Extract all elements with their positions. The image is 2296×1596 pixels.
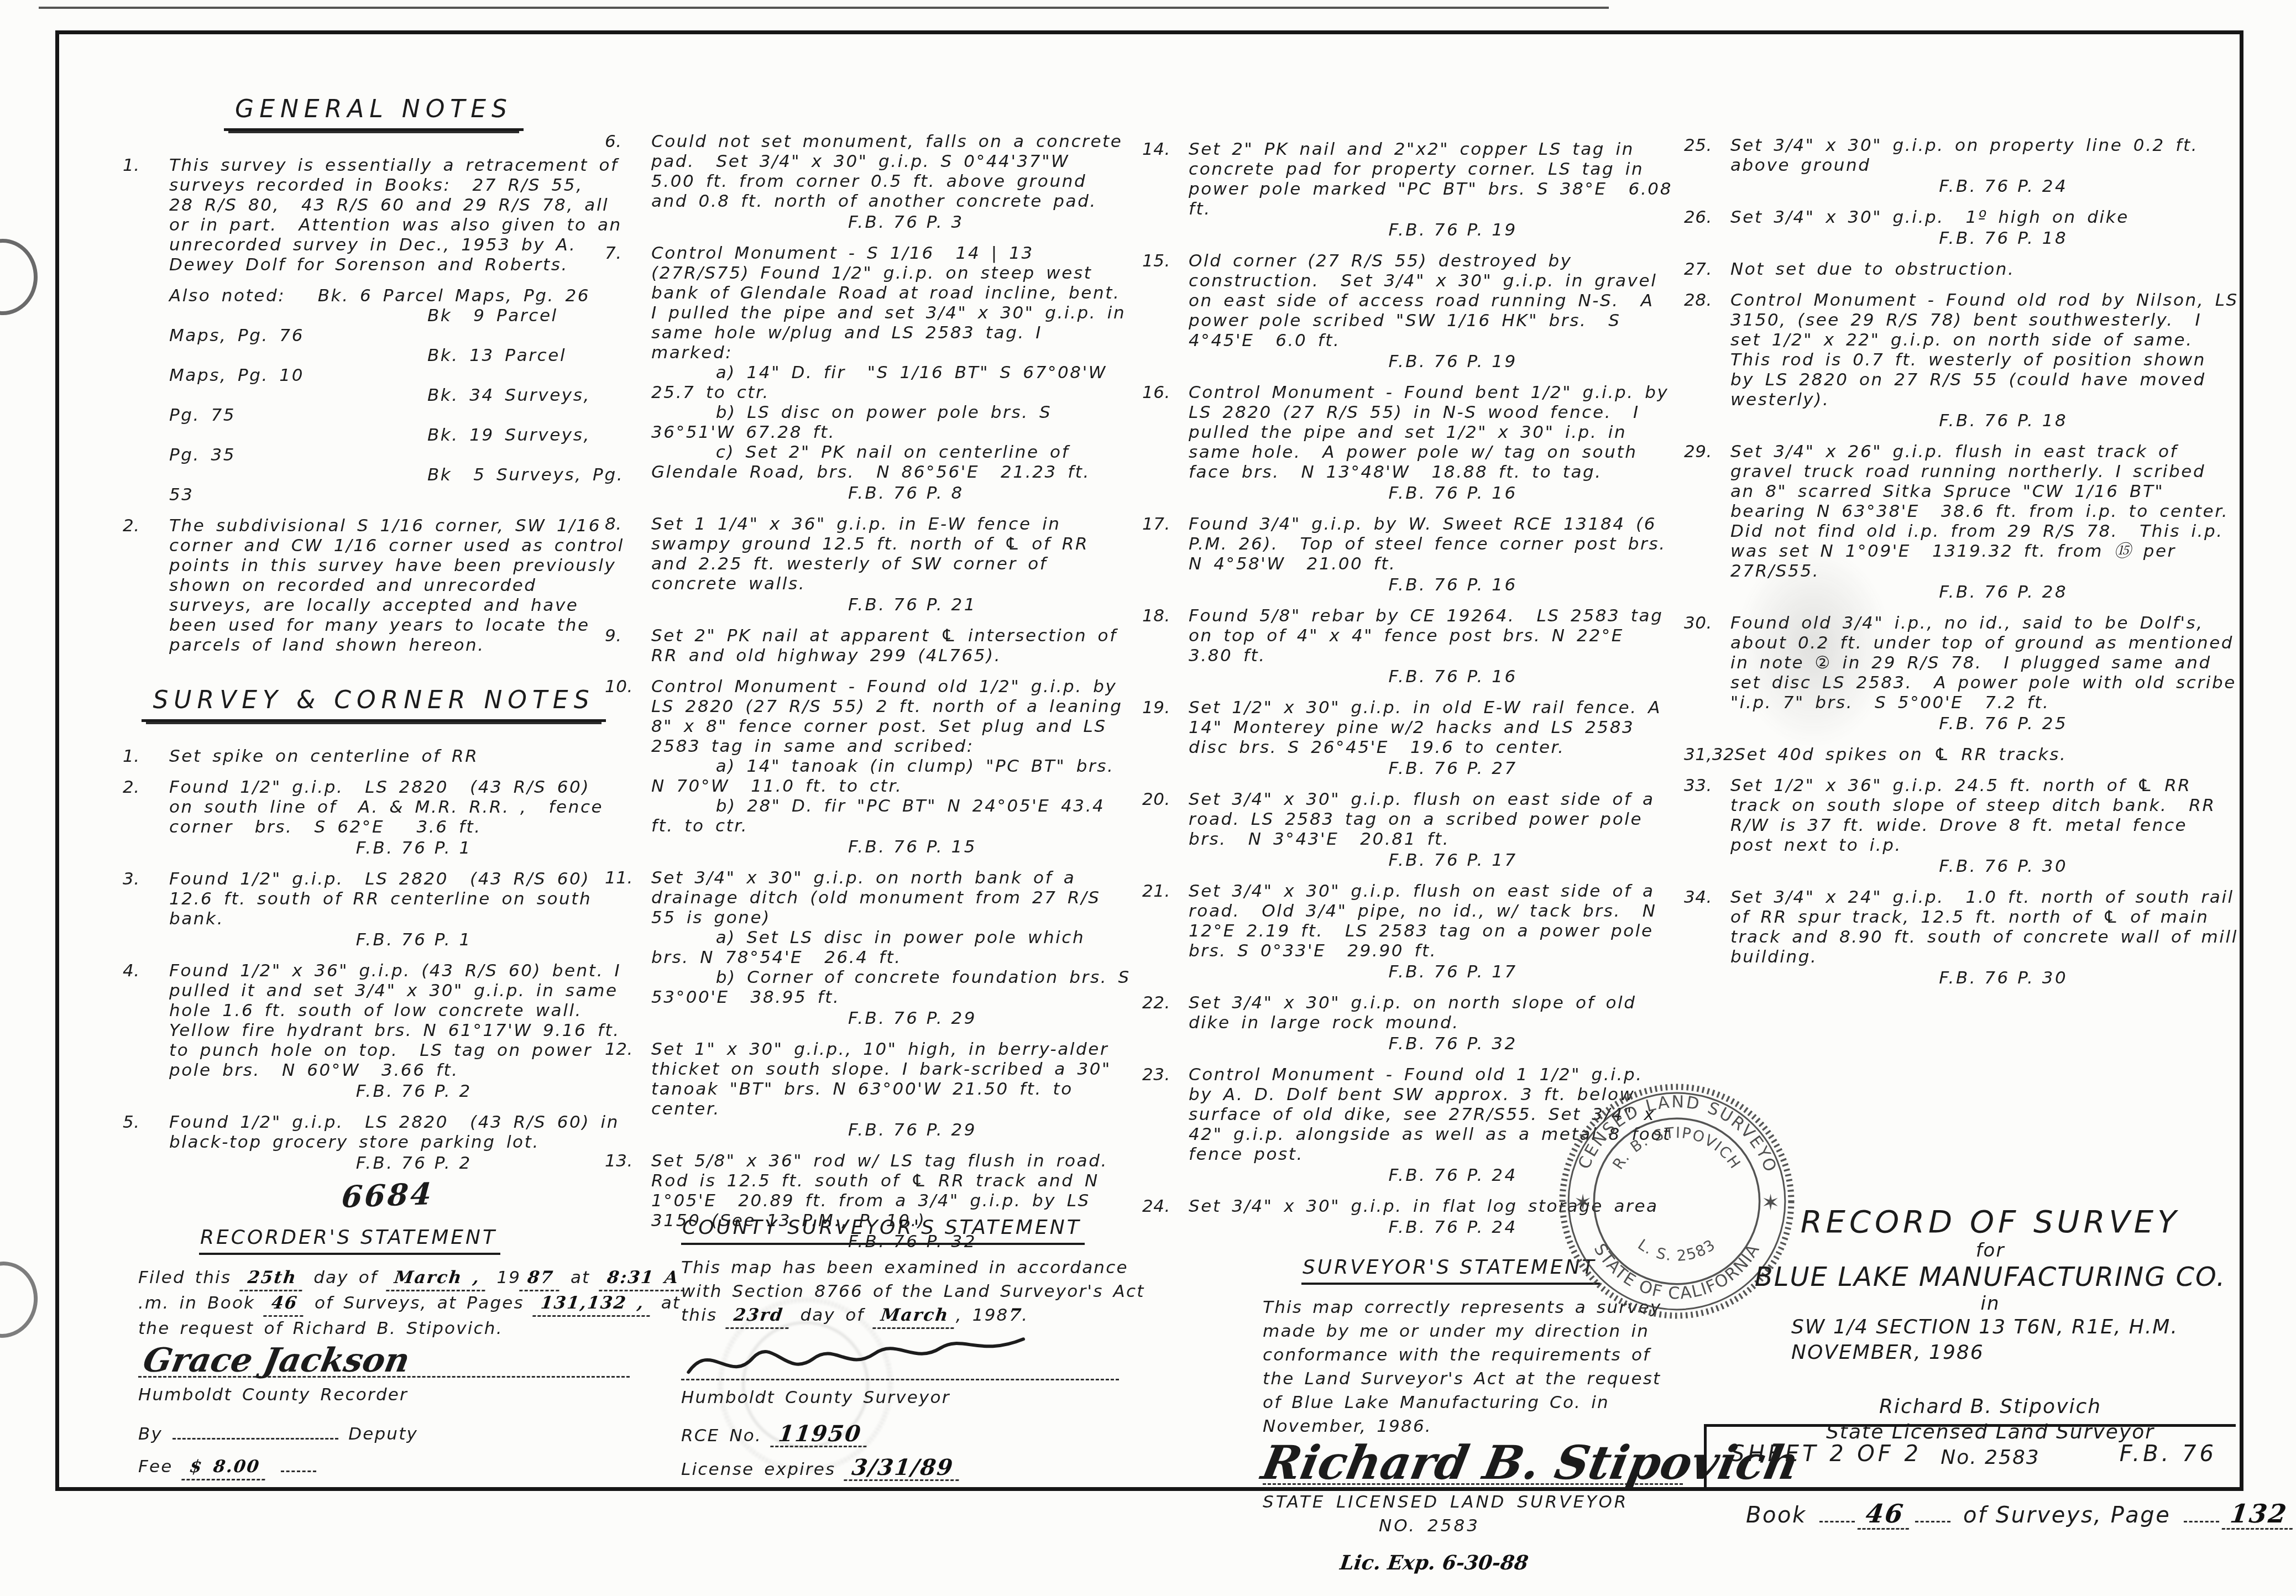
- fieldbook-ref: F.B. 76 P. 32: [1189, 1034, 1676, 1054]
- exam-year: 7: [1007, 1304, 1023, 1327]
- fieldbook-ref: F.B. 76 P. 29: [651, 1008, 1131, 1028]
- note-body: Set 3/4" x 30" g.i.p. on north slope of …: [1189, 993, 1676, 1033]
- fieldbook-ref: F.B. 76 P. 2: [169, 1081, 625, 1101]
- note-number: 8.: [605, 514, 651, 615]
- surveyor-license-line2: NO. 2583: [1379, 1514, 1805, 1538]
- exam-month: March: [873, 1304, 958, 1329]
- survey-note: 27. Not set due to obstruction.: [1684, 259, 2239, 279]
- fieldbook-ref: F.B. 76 P. 18: [1730, 228, 2239, 248]
- survey-note: 17. Found 3/4" g.i.p. by W. Sweet RCE 13…: [1142, 514, 1676, 595]
- recorders-statement-body: Filed this 25th day of March , 1987 at 8…: [138, 1266, 697, 1341]
- note-body: Control Monument - S 1/16 14 | 13 (27R/S…: [651, 243, 1131, 482]
- document-number: 6684: [341, 1176, 435, 1215]
- survey-note: 18. Found 5/8" rebar by CE 19264. LS 258…: [1142, 606, 1676, 687]
- note-body: Set 1/2" x 30" g.i.p. in old E-W rail fe…: [1189, 698, 1676, 757]
- survey-note: 9. Set 2" PK nail at apparent ℄ intersec…: [605, 626, 1131, 666]
- by-label: By: [138, 1424, 163, 1444]
- note-body: Also noted: Bk. 6 Parcel Maps, Pg. 26 Bk…: [169, 286, 625, 505]
- note-body: Set 1 1/4" x 36" g.i.p. in E-W fence in …: [651, 514, 1131, 594]
- fieldbook-label: F.B. 76: [2120, 1438, 2217, 1469]
- fieldbook-ref: F.B. 76 P. 1: [169, 838, 625, 858]
- general-note: 1. This survey is essentially a retracem…: [123, 155, 625, 275]
- note-number: 2.: [123, 516, 169, 655]
- note-number: [123, 286, 169, 505]
- note-body: Set 40d spikes on ℄ RR tracks.: [1734, 745, 2239, 765]
- survey-note: 34. Set 3/4" x 24" g.i.p. 1.0 ft. north …: [1684, 887, 2239, 988]
- blank-dashes: [281, 1454, 316, 1472]
- survey-note: 8. Set 1 1/4" x 36" g.i.p. in E-W fence …: [605, 514, 1131, 615]
- county-statement-title: COUNTY SURVEYOR'S STATEMENT: [681, 1216, 1085, 1245]
- column-general-notes: GENERAL NOTES 1. This survey is essentia…: [123, 95, 625, 1184]
- blank-dashes: [1819, 1504, 1855, 1522]
- svg-text:R. B. STIPOVICH: R. B. STIPOVICH: [1609, 1124, 1744, 1173]
- general-notes-list: 1. This survey is essentially a retracem…: [123, 155, 625, 655]
- note-number: 2.: [123, 777, 169, 858]
- note-body: Found 1/2" g.i.p. LS 2820 (43 R/S 60) in…: [169, 1112, 625, 1152]
- survey-notes-list-1: 1. Set spike on centerline of RR 2. Foun…: [123, 746, 625, 1173]
- typed-text: .m. in Book: [138, 1293, 255, 1313]
- survey-note: 11. Set 3/4" x 30" g.i.p. on north bank …: [605, 868, 1131, 1028]
- note-number: 34.: [1684, 887, 1730, 988]
- fieldbook-ref: F.B. 76 P. 30: [1730, 856, 2239, 876]
- book-number: 46: [263, 1291, 306, 1317]
- fieldbook-ref: F.B. 76 P. 29: [651, 1120, 1131, 1140]
- survey-note: 15. Old corner (27 R/S 55) destroyed by …: [1142, 251, 1676, 371]
- note-number: 9.: [605, 626, 651, 666]
- filed-year: 87: [519, 1266, 562, 1291]
- county-surveyor-signature: [681, 1329, 1179, 1377]
- column-notes-25-34: 25. Set 3/4" x 30" g.i.p. on property li…: [1684, 135, 2239, 999]
- survey-note: 30. Found old 3/4" i.p., no id., said to…: [1684, 613, 2239, 734]
- blank-line: [172, 1421, 338, 1440]
- title-record-of-survey: RECORD OF SURVEY: [1730, 1205, 2250, 1239]
- fieldbook-ref: F.B. 76 P. 27: [1189, 758, 1676, 778]
- fieldbook-ref: F.B. 76 P. 21: [651, 595, 1131, 615]
- punch-mark: [0, 239, 38, 315]
- note-body: The subdivisional S 1/16 corner, SW 1/16…: [169, 516, 625, 655]
- blank-dashes: [1915, 1504, 1950, 1522]
- sheet-label: SHEET 2 OF 2: [1730, 1438, 1922, 1469]
- book-label: Book: [1746, 1503, 1807, 1528]
- note-number: 18.: [1142, 606, 1189, 687]
- title-client: BLUE LAKE MANUFACTURING CO.: [1730, 1262, 2250, 1293]
- book-number: 46: [1857, 1499, 1912, 1530]
- title-surveyor-name: Richard B. Stipovich: [1730, 1394, 2250, 1420]
- note-number: 7.: [605, 243, 651, 503]
- note-body: Set 3/4" x 24" g.i.p. 1.0 ft. north of s…: [1730, 887, 2239, 967]
- note-number: 1.: [123, 746, 169, 766]
- note-body: Set 2" PK nail at apparent ℄ intersectio…: [651, 626, 1131, 666]
- exam-day: 23rd: [726, 1304, 792, 1329]
- note-number: 5.: [123, 1112, 169, 1173]
- recorder-title-line: Humboldt County Recorder: [138, 1383, 697, 1407]
- note-body: Set 3/4" x 30" g.i.p. on property line 0…: [1730, 135, 2239, 175]
- fieldbook-ref: F.B. 76 P. 2: [169, 1153, 625, 1173]
- note-body: Control Monument - Found old 1/2" g.i.p.…: [651, 677, 1131, 836]
- note-number: 29.: [1684, 442, 1730, 602]
- note-number: 15.: [1142, 251, 1189, 371]
- page-number: 132: [2221, 1499, 2295, 1530]
- survey-note: 21. Set 3/4" x 30" g.i.p. flush on east …: [1142, 881, 1676, 982]
- note-body: Found 1/2" g.i.p. LS 2820 (43 R/S 60) on…: [169, 777, 625, 837]
- note-body: Found 1/2" x 36" g.i.p. (43 R/S 60) bent…: [169, 961, 625, 1080]
- recorders-statement-title: RECORDER'S STATEMENT: [199, 1226, 500, 1255]
- filed-month: March ,: [386, 1266, 488, 1291]
- survey-note: 33. Set 1/2" x 36" g.i.p. 24.5 ft. north…: [1684, 776, 2239, 876]
- survey-note: 16. Control Monument - Found bent 1/2" g…: [1142, 383, 1676, 503]
- note-body: Found old 3/4" i.p., no id., said to be …: [1730, 613, 2239, 713]
- note-number: 4.: [123, 961, 169, 1101]
- deputy-label: Deputy: [348, 1424, 418, 1444]
- note-number: 14.: [1142, 139, 1189, 240]
- survey-note: 12. Set 1" x 30" g.i.p., 10" high, in be…: [605, 1039, 1131, 1140]
- seal-name: R. B. STIPOVICH: [1609, 1124, 1744, 1173]
- survey-note: 22. Set 3/4" x 30" g.i.p. on north slope…: [1142, 993, 1676, 1054]
- fieldbook-ref: F.B. 76 P. 28: [1730, 582, 2239, 602]
- survey-note: 19. Set 1/2" x 30" g.i.p. in old E-W rai…: [1142, 698, 1676, 778]
- note-number: 10.: [605, 677, 651, 857]
- typed-text: 19: [496, 1268, 521, 1288]
- survey-note: 3. Found 1/2" g.i.p. LS 2820 (43 R/S 60)…: [123, 869, 625, 950]
- note-number: 31,32: [1684, 745, 1734, 765]
- fieldbook-ref: F.B. 76 P. 24: [1730, 176, 2239, 196]
- general-notes-title: GENERAL NOTES: [224, 95, 524, 131]
- general-note: Also noted: Bk. 6 Parcel Maps, Pg. 26 Bk…: [123, 286, 625, 505]
- fee-label: Fee: [138, 1457, 173, 1477]
- note-body: This survey is essentially a retracement…: [169, 155, 625, 275]
- note-number: 12.: [605, 1039, 651, 1140]
- typed-text: day of: [313, 1268, 378, 1288]
- note-number: 25.: [1684, 135, 1730, 196]
- book-page-line: Book 46 of Surveys, Page 132: [1746, 1499, 2296, 1530]
- county-statement-body: This map has been examined in accordance…: [681, 1256, 1179, 1329]
- surveyor-license-line1: STATE LICENSED LAND SURVEYOR: [1263, 1490, 1805, 1514]
- survey-note: 29. Set 3/4" x 26" g.i.p. flush in east …: [1684, 442, 2239, 602]
- title-for: for: [1730, 1239, 2250, 1262]
- survey-note: 6. Could not set monument, falls on a co…: [605, 132, 1131, 232]
- note-body: Set spike on centerline of RR: [169, 746, 625, 766]
- survey-note: 2. Found 1/2" g.i.p. LS 2820 (43 R/S 60)…: [123, 777, 625, 858]
- note-number: 11.: [605, 868, 651, 1028]
- title-strip-rule: [1704, 1424, 2236, 1427]
- note-number: 17.: [1142, 514, 1189, 595]
- note-number: 16.: [1142, 383, 1189, 503]
- note-body: Set 1/2" x 36" g.i.p. 24.5 ft. north of …: [1730, 776, 2239, 855]
- fieldbook-ref: F.B. 76 P. 16: [1189, 483, 1676, 503]
- filed-time: 8:31 A: [599, 1266, 687, 1291]
- surveyor-signature: Richard B. Stipovich: [1258, 1441, 1803, 1485]
- recorder-signature: Grace Jackson: [140, 1344, 412, 1377]
- fee-line: Fee $ 8.00: [138, 1454, 697, 1480]
- sheet-strip: SHEET 2 OF 2 F.B. 76: [1730, 1438, 2217, 1469]
- note-body: Found 1/2" g.i.p. LS 2820 (43 R/S 60) 12…: [169, 869, 625, 929]
- survey-note: 28. Control Monument - Found old rod by …: [1684, 290, 2239, 431]
- record-of-survey-sheet: { "document": { "doc_number": "6684", "s…: [0, 0, 2296, 1596]
- note-number: 1.: [123, 155, 169, 275]
- note-body: Old corner (27 R/S 55) destroyed by cons…: [1189, 251, 1676, 350]
- surveyor-lic-exp: Lic. Exp. 6-30-88: [1338, 1551, 1529, 1574]
- survey-note: 14. Set 2" PK nail and 2"x2" copper LS t…: [1142, 139, 1676, 240]
- note-body: Set 3/4" x 30" g.i.p. flush on east side…: [1189, 881, 1676, 961]
- recorders-statement: RECORDER'S STATEMENT Filed this 25th day…: [138, 1226, 697, 1480]
- title-in: in: [1730, 1293, 2250, 1315]
- fee-amount: $ 8.00: [181, 1455, 268, 1480]
- note-number: 3.: [123, 869, 169, 950]
- column-notes-6-13: 6. Could not set monument, falls on a co…: [605, 132, 1131, 1263]
- note-body: Set 1" x 30" g.i.p., 10" high, in berry-…: [651, 1039, 1131, 1119]
- note-body: Could not set monument, falls on a concr…: [651, 132, 1131, 211]
- svg-text:L. S. 2583: L. S. 2583: [1635, 1236, 1719, 1265]
- license-date: 3/31/89: [844, 1456, 962, 1481]
- typed-text: at: [571, 1268, 590, 1288]
- typed-text: of Surveys, at Pages: [315, 1293, 524, 1313]
- note-number: 21.: [1142, 881, 1189, 982]
- general-note: 2. The subdivisional S 1/16 corner, SW 1…: [123, 516, 625, 655]
- fieldbook-ref: F.B. 76 P. 16: [1189, 667, 1676, 687]
- note-number: 28.: [1684, 290, 1730, 431]
- note-body: Set 2" PK nail and 2"x2" copper LS tag i…: [1189, 139, 1676, 219]
- county-surveyors-statement: COUNTY SURVEYOR'S STATEMENT This map has…: [681, 1216, 1179, 1482]
- survey-note: 25. Set 3/4" x 30" g.i.p. on property li…: [1684, 135, 2239, 196]
- survey-note: 26. Set 3/4" x 30" g.i.p. 1º high on dik…: [1684, 207, 2239, 248]
- title-date: NOVEMBER, 1986: [1730, 1340, 2250, 1365]
- fieldbook-ref: F.B. 76 P. 15: [651, 837, 1131, 857]
- note-body: Set 3/4" x 30" g.i.p. on north bank of a…: [651, 868, 1131, 1007]
- fieldbook-ref: F.B. 76 P. 18: [1730, 411, 2239, 431]
- rce-number: 11950: [770, 1422, 870, 1447]
- fieldbook-ref: F.B. 76 P. 19: [1189, 352, 1676, 371]
- fieldbook-ref: F.B. 76 P. 3: [651, 212, 1131, 232]
- fieldbook-ref: F.B. 76 P. 19: [1189, 220, 1676, 240]
- note-body: Found 3/4" g.i.p. by W. Sweet RCE 13184 …: [1189, 514, 1676, 574]
- survey-note: 5. Found 1/2" g.i.p. LS 2820 (43 R/S 60)…: [123, 1112, 625, 1173]
- note-body: Set 3/4" x 30" g.i.p. flush on east side…: [1189, 789, 1676, 849]
- fieldbook-ref: F.B. 76 P. 25: [1730, 714, 2239, 734]
- fieldbook-ref: F.B. 76 P. 30: [1730, 968, 2239, 988]
- survey-note: 1. Set spike on centerline of RR: [123, 746, 625, 766]
- note-body: Control Monument - Found old rod by Nils…: [1730, 290, 2239, 410]
- note-number: 20.: [1142, 789, 1189, 870]
- note-number: 27.: [1684, 259, 1730, 279]
- fieldbook-ref: F.B. 76 P. 17: [1189, 962, 1676, 982]
- deputy-line: By Deputy: [138, 1421, 697, 1446]
- fieldbook-ref: F.B. 76 P. 8: [651, 483, 1131, 503]
- title-location: SW 1/4 SECTION 13 T6N, R1E, H.M.: [1730, 1315, 2250, 1340]
- note-number: 30.: [1684, 613, 1730, 734]
- typed-text: , 198: [956, 1305, 1009, 1325]
- fieldbook-ref: F.B. 76 P. 16: [1189, 575, 1676, 595]
- note-body: Not set due to obstruction.: [1730, 259, 2239, 279]
- surveys-page-label: of Surveys, Page: [1963, 1503, 2171, 1528]
- survey-note: 31,32 Set 40d spikes on ℄ RR tracks.: [1684, 745, 2239, 765]
- survey-note: 20. Set 3/4" x 30" g.i.p. flush on east …: [1142, 789, 1676, 870]
- note-number: 26.: [1684, 207, 1730, 248]
- survey-note: 4. Found 1/2" x 36" g.i.p. (43 R/S 60) b…: [123, 961, 625, 1101]
- note-number: 33.: [1684, 776, 1730, 876]
- fieldbook-ref: F.B. 76 P. 1: [169, 930, 625, 950]
- survey-note: 10. Control Monument - Found old 1/2" g.…: [605, 677, 1131, 857]
- note-body: Set 3/4" x 30" g.i.p. 1º high on dike: [1730, 207, 2239, 227]
- note-number: 22.: [1142, 993, 1189, 1054]
- blank-dashes: [2184, 1504, 2219, 1522]
- note-number: 6.: [605, 132, 651, 232]
- seal-star-icon: ✶: [1573, 1190, 1592, 1216]
- seal-number: L. S. 2583: [1635, 1236, 1719, 1265]
- title-block: RECORD OF SURVEY for BLUE LAKE MANUFACTU…: [1730, 1205, 2250, 1471]
- filed-day: 25th: [239, 1266, 305, 1291]
- note-body: Set 3/4" x 26" g.i.p. flush in east trac…: [1730, 442, 2239, 581]
- note-body: Found 5/8" rebar by CE 19264. LS 2583 ta…: [1189, 606, 1676, 666]
- page-numbers: 131,132 ,: [532, 1291, 652, 1317]
- note-body: Control Monument - Found bent 1/2" g.i.p…: [1189, 383, 1676, 482]
- survey-note: 7. Control Monument - S 1/16 14 | 13 (27…: [605, 243, 1131, 503]
- fieldbook-ref: F.B. 76 P. 17: [1189, 850, 1676, 870]
- note-number: 19.: [1142, 698, 1189, 778]
- punch-mark: [0, 1257, 43, 1342]
- note-number: 23.: [1142, 1065, 1189, 1185]
- survey-corner-notes-title: SURVEY & CORNER NOTES: [142, 686, 605, 722]
- scan-edge-line: [39, 7, 1609, 9]
- title-strip-rule-vertical: [1704, 1424, 1707, 1487]
- typed-text: Filed this: [138, 1268, 231, 1288]
